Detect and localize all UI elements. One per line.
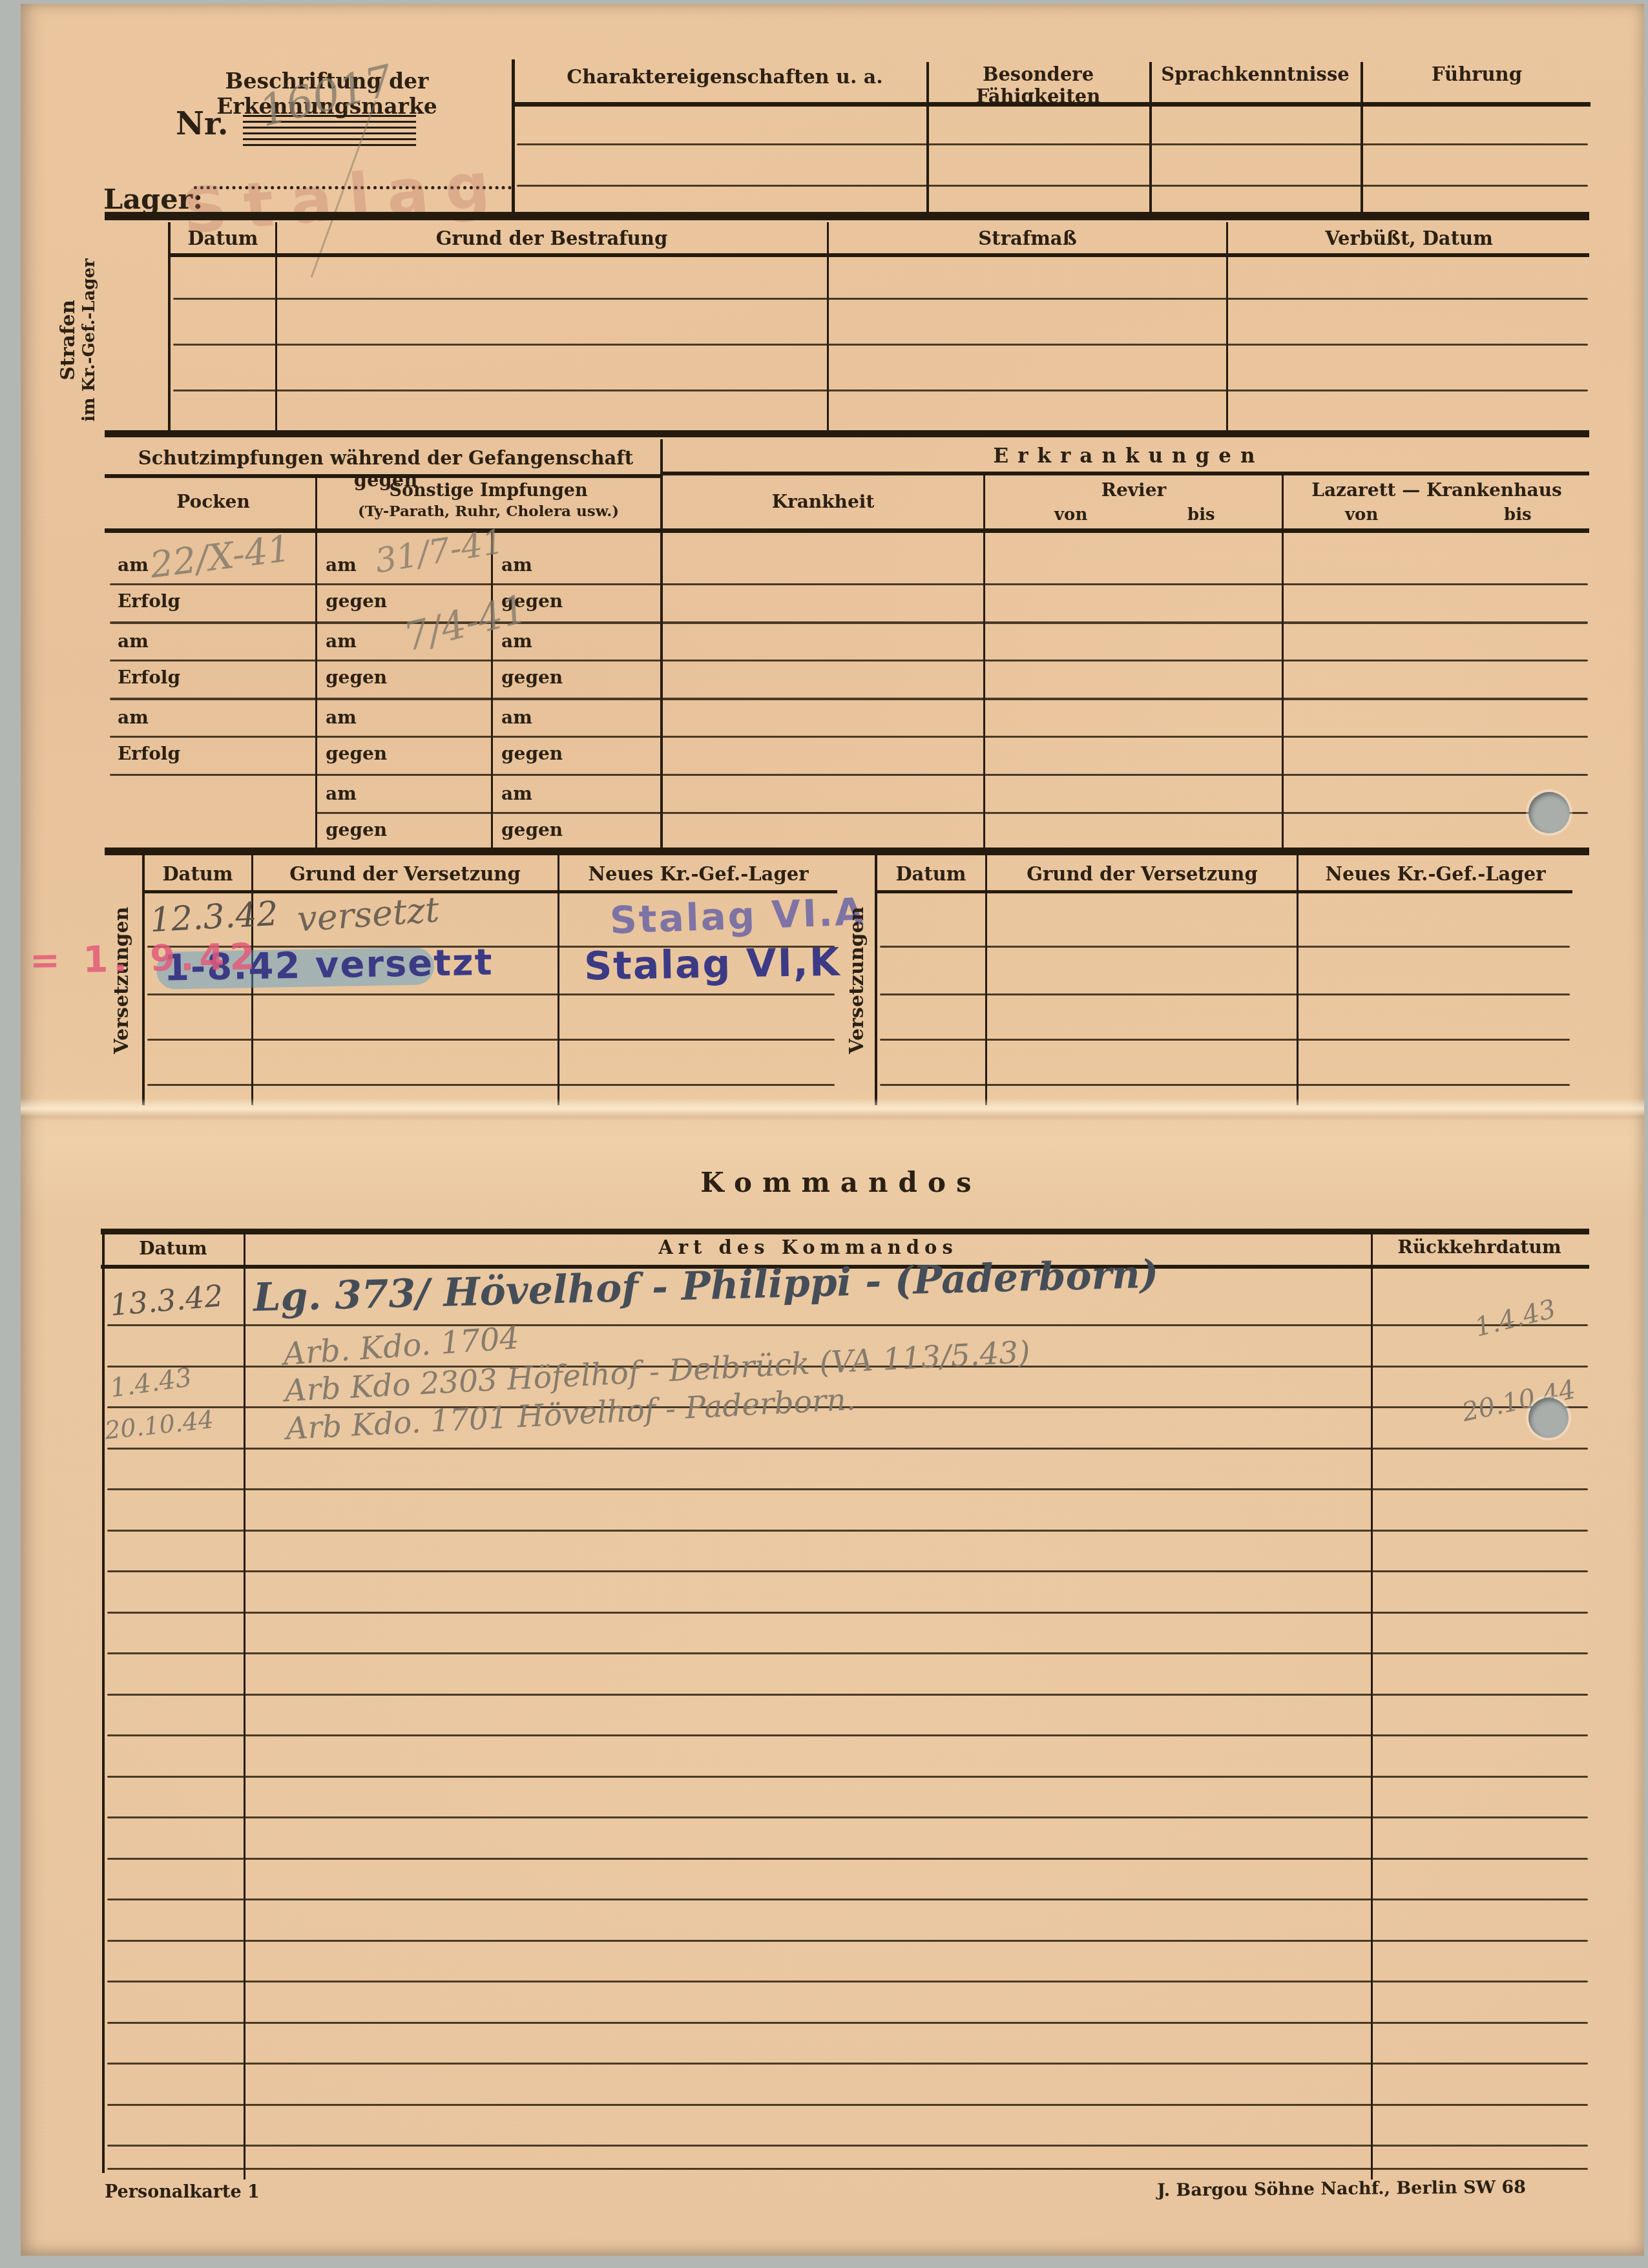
table-thick-line — [168, 253, 1589, 257]
fold-crease — [21, 1098, 1644, 1121]
strafen-side-label: Strafen im Kr.-Gef.-Lager — [57, 211, 99, 470]
versetzung2-lager-stamp: Stalag VI,K — [583, 940, 840, 990]
punch-hole — [1528, 792, 1570, 833]
revier-von-label: von — [1054, 505, 1087, 525]
kommandos-row-line — [107, 2145, 1588, 2147]
lazarett-bis-label: bis — [1504, 505, 1532, 525]
table-vline — [512, 59, 515, 216]
kommandos-row-line — [107, 1899, 1588, 1900]
table-row-line — [110, 660, 1588, 661]
kommandos-row-line — [107, 2022, 1588, 2024]
nr-handwritten-value: 16017 — [255, 56, 398, 137]
table-row-line — [110, 774, 1588, 776]
table-vline — [102, 1229, 105, 2173]
table-row-line — [147, 994, 835, 995]
table-row-line — [173, 390, 1588, 391]
kommandos-row-line — [107, 1858, 1588, 1860]
kommandos-row-line — [107, 1652, 1588, 1654]
col-charaktereigenschaften: Charaktereigenschaften u. a. — [531, 66, 919, 88]
kommandos-row-line — [107, 1324, 1588, 1326]
table-row-line — [880, 1084, 1570, 1086]
kommandos-row-line — [107, 1570, 1588, 1572]
table-row-line — [110, 583, 1588, 585]
kommandos-row-line — [107, 2104, 1588, 2106]
kommando1-datum: 13.3.42 — [109, 1278, 225, 1322]
section-border — [105, 212, 1589, 220]
sonstige-label: Sonstige Impfungen — [317, 481, 660, 501]
strafen-side-label-line2: im Kr.-Gef.-Lager — [79, 211, 99, 470]
kommandos-title: Kommandos — [573, 1167, 1109, 1198]
col-besondere-faehigkeiten: Besondere Fähigkeiten — [932, 63, 1145, 107]
table-thick-line — [142, 890, 837, 893]
footer-printer: J. Bargou Söhne Nachf., Berlin SW 68 — [1009, 2178, 1526, 2202]
nr-ruled-line — [243, 144, 416, 146]
sonstigeB-am-4: am — [501, 783, 532, 804]
pocken-am-1: am — [118, 554, 149, 576]
kommandos-row-line — [107, 1530, 1588, 1532]
kommando2-rueckkehr: 1.4.43 — [1472, 1294, 1559, 1342]
table-row-line — [880, 1039, 1570, 1041]
strafen-col-strafmass: Strafmaß — [829, 227, 1226, 249]
table-row-line — [880, 946, 1570, 948]
pocken-label: Pocken — [111, 491, 315, 512]
punch-hole — [1528, 1398, 1569, 1438]
versetzung1-datum: 12.3.42 — [149, 895, 279, 940]
lazarett-von-label: von — [1345, 505, 1378, 525]
table-row-line — [517, 185, 1588, 187]
nr-ruled-line — [243, 138, 416, 140]
versetzungen-left-col-datum: Datum — [142, 863, 253, 885]
kommandos-col-art: Art des Kommandos — [245, 1236, 1371, 1258]
scanned-pow-card: Beschriftung der Erkennungsmarke Nr. 160… — [0, 0, 1648, 2268]
kommando1-art: Lg. 373/ Hövelhof - Philippi - (Paderbor… — [253, 1252, 1159, 1321]
strafen-col-grund: Grund der Bestrafung — [277, 227, 826, 249]
pocken-erfolg-2: Erfolg — [118, 667, 180, 688]
sonstigeA-am-4: am — [326, 783, 357, 804]
kommandos-row-line — [107, 1612, 1588, 1614]
sonstigeA-gegen-1: gegen — [326, 590, 387, 612]
revier-bis-label: bis — [1187, 505, 1215, 525]
revier-label: Revier — [985, 479, 1282, 501]
lazarett-label: Lazarett — Krankenhaus — [1284, 479, 1590, 501]
kommandos-row-line — [107, 1488, 1588, 1490]
versetzung1-grund: versetzt — [296, 889, 441, 939]
krankheit-label: Krankheit — [663, 491, 983, 512]
table-row-line — [147, 1039, 835, 1041]
table-vline — [1371, 1234, 1373, 2180]
versetzungen-left-col-lager: Neues Kr.-Gef.-Lager — [559, 863, 837, 885]
card-paper: Beschriftung der Erkennungsmarke Nr. 160… — [21, 4, 1644, 2256]
sonstigeB-gegen-4: gegen — [501, 819, 563, 840]
pocken-erfolg-3: Erfolg — [118, 743, 180, 764]
table-thick-line — [513, 102, 1591, 107]
sonstigeB-gegen-2: gegen — [501, 667, 563, 688]
versetzungen-right-col-grund: Grund der Versetzung — [987, 863, 1297, 885]
sonstigeA-gegen-2: gegen — [326, 667, 387, 688]
table-row-line — [315, 812, 1588, 814]
sonstigeA-gegen-4: gegen — [326, 819, 387, 840]
col-sprachkenntnisse: Sprachkenntnisse — [1154, 63, 1356, 85]
col-fuehrung: Führung — [1366, 63, 1588, 85]
tag-nr-label: Nr. — [176, 106, 228, 142]
table-row-line — [173, 344, 1588, 346]
kommandos-row-line — [107, 1816, 1588, 1818]
footer-form-name: Personalkarte 1 — [105, 2182, 260, 2202]
sonstigeA-am-1: am — [326, 554, 357, 576]
sonstigeB-gegen-3: gegen — [501, 743, 563, 764]
pocken-am-2: am — [118, 630, 149, 652]
table-row-line — [517, 143, 1588, 145]
kommandos-col-rueckkehr: Rückkehrdatum — [1373, 1236, 1586, 1258]
sonstigeA-am-2: am — [326, 630, 357, 652]
versetzungen-left-col-grund: Grund der Versetzung — [253, 863, 557, 885]
kommando4-datum: 20.10.44 — [103, 1405, 215, 1444]
strafen-col-verbuesst: Verbüßt, Datum — [1228, 227, 1590, 249]
kommandos-row-line — [107, 1448, 1588, 1450]
red-date-stamp: = 1. 9.42 — [29, 936, 260, 982]
sonstigeB-am-3: am — [501, 707, 532, 728]
sonstige-sub-label: (Ty-Parath, Ruhr, Cholera usw.) — [317, 503, 660, 520]
table-row-line — [110, 698, 1588, 700]
kommandos-col-datum: Datum — [102, 1238, 244, 1259]
versetzungen-right-col-datum: Datum — [875, 863, 987, 885]
versetzung1-lager-stamp: Stalag VI.A — [609, 890, 866, 942]
section-border — [105, 430, 1589, 437]
strafen-side-label-line1: Strafen — [57, 211, 79, 470]
table-thick-line — [660, 472, 1589, 475]
kommandos-row-line — [107, 1940, 1588, 1942]
kommandos-row-line — [107, 1694, 1588, 1696]
table-row-line — [880, 994, 1570, 995]
versetzung2-grund: versetzt — [315, 942, 494, 987]
kommandos-row-line — [107, 1776, 1588, 1778]
versetzungen-right-col-lager: Neues Kr.-Gef.-Lager — [1299, 863, 1572, 885]
table-row-line — [110, 621, 1588, 624]
table-vline — [1361, 62, 1363, 217]
sonstigeA-gegen-3: gegen — [326, 743, 387, 764]
kommandos-row-line — [107, 1981, 1588, 1982]
erkrankungen-title: Erkrankungen — [667, 444, 1591, 468]
kommandos-row-line — [107, 2063, 1588, 2065]
sonstigeA-am-3: am — [326, 707, 357, 728]
strafen-col-datum: Datum — [168, 227, 278, 249]
versetzungen-side-label-right: Versetzungen — [846, 851, 868, 1110]
table-row-line — [173, 298, 1588, 300]
table-thick-line — [875, 890, 1572, 893]
table-vline — [491, 531, 493, 851]
pocken-am-3: am — [118, 707, 149, 728]
pocken-date-handwriting: 22/X-41 — [148, 528, 293, 587]
table-thick-line — [105, 474, 660, 478]
table-vline — [1149, 62, 1152, 216]
table-row-line — [110, 736, 1588, 738]
kommandos-row-line — [107, 2168, 1588, 2170]
table-vline — [926, 62, 929, 216]
kommandos-row-line — [107, 1734, 1588, 1736]
table-thick-line — [101, 1229, 1589, 1234]
pocken-erfolg-1: Erfolg — [118, 590, 180, 612]
table-vline — [244, 1234, 245, 2180]
table-row-line — [147, 1084, 835, 1086]
table-thick-line — [105, 528, 1589, 533]
kommando3-datum: 1.4.43 — [108, 1362, 193, 1403]
